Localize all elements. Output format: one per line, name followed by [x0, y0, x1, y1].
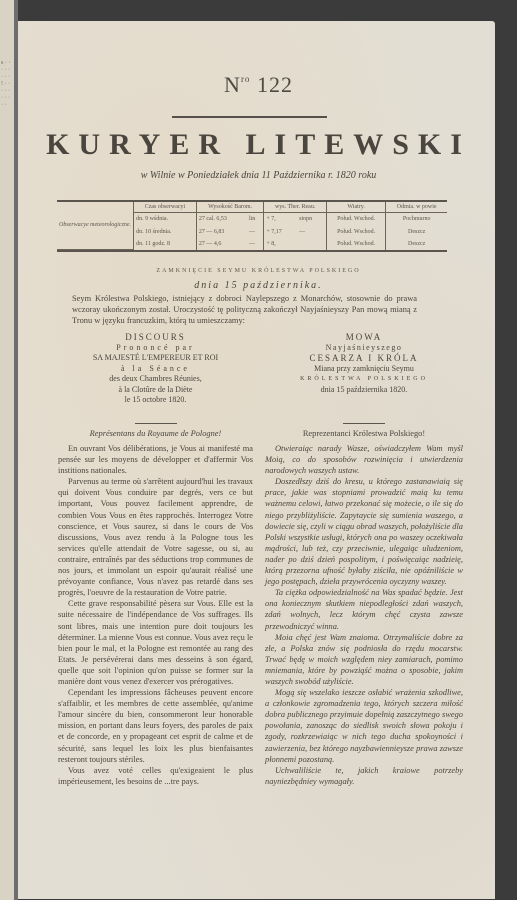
- polish-speech-heading: MOWA Nayjaśnieyszego CESARZA I KRÓLA Mia…: [265, 332, 463, 395]
- issue-prefix-sup: ro: [241, 74, 251, 84]
- french-column: En ouvrant Vos délibérations, je Vous ai…: [58, 443, 253, 787]
- weather-baro-unit: —: [247, 226, 264, 238]
- heading-line: DISCOURS: [58, 332, 253, 343]
- paragraph: Ta ciężka odpowiedzialność na Was spadać…: [265, 587, 463, 631]
- left-divider: [135, 423, 177, 424]
- heading-line: Miana przy zamknięciu Seymu: [265, 364, 463, 375]
- heading-line: le 15 octobre 1820.: [58, 395, 253, 406]
- weather-thermometer: + 7,: [264, 213, 297, 226]
- weather-sky: Deszcz: [386, 226, 447, 238]
- weather-wind: Połud. Wschod.: [326, 238, 385, 250]
- weather-time: dn. 10 średnia.: [134, 226, 197, 238]
- dateline: w Wilnie w Poniedziałek dnia 11 Paździer…: [0, 170, 517, 181]
- section-title: ZAMKNIĘCIE SEYMU KRÓLESTWA POLSKIEGO: [0, 268, 517, 274]
- heading-line: CESARZA I KRÓLA: [265, 353, 463, 364]
- weather-header-time: Czas obserwacyi: [134, 202, 197, 213]
- weather-time: dn. 11 godz. 8: [134, 238, 197, 250]
- paragraph: En ouvrant Vos délibérations, je Vous ai…: [58, 443, 253, 476]
- weather-header-wind: Wiatry.: [326, 202, 385, 213]
- right-divider: [343, 423, 385, 424]
- section-date: dnia 15 października.: [0, 280, 517, 291]
- paragraph: Cette grave responsabilité pèsera sur Vo…: [58, 598, 253, 687]
- masthead-rule: [172, 116, 327, 118]
- weather-thermometer: + 8,: [264, 238, 297, 250]
- heading-line: à la Séance: [58, 364, 253, 375]
- article-intro: Seym Królestwa Polskiego, istniejący z d…: [72, 293, 417, 326]
- heading-line: MOWA: [265, 332, 463, 343]
- weather-thermo-unit: —: [297, 226, 326, 238]
- weather-header-barometer: Wysokość Barom.: [196, 202, 264, 213]
- weather-thermo-unit: [297, 238, 326, 250]
- weather-wind: Połud. Wschod.: [326, 226, 385, 238]
- heading-line: SA MAJESTÉ L'EMPEREUR ET ROI: [58, 353, 253, 364]
- weather-barometer: 27 — 6,83: [196, 226, 247, 238]
- weather-thermometer: + 7,17: [264, 226, 297, 238]
- weather-time: dn. 9 wśdnia.: [134, 213, 197, 226]
- weather-sky: Pochmurno: [386, 213, 447, 226]
- weather-thermo-unit: stopn: [297, 213, 326, 226]
- weather-baro-unit: lin: [247, 213, 264, 226]
- french-salutation: Représentans du Royaume de Pologne!: [58, 429, 253, 438]
- heading-line: KRÓLESTWA POLSKIEGO: [265, 374, 463, 385]
- weather-header-thermometer: wys. Ther. Reau.: [264, 202, 327, 213]
- heading-line: Prononcé par: [58, 343, 253, 354]
- weather-table: Obserwacye meteorologiczne. Czas obserwa…: [57, 200, 447, 252]
- paragraph: Moia chęć jest Wam znaioma. Otrzymaliści…: [265, 632, 463, 687]
- paragraph: Otwieraiąc narady Wasze, oświadczyłem Wa…: [265, 443, 463, 476]
- paragraph: Uchwaliliście te, jakich kraiowe potrzeb…: [265, 765, 463, 787]
- heading-line: à la Clotûre de la Diète: [58, 385, 253, 396]
- heading-line: dnia 15 października 1820.: [265, 385, 463, 396]
- newspaper-title: KURYER LITEWSKI: [0, 128, 517, 162]
- issue-prefix: N: [224, 72, 241, 97]
- paragraph: Mogą się wszelako ieszcze osłabić wrażen…: [265, 687, 463, 765]
- weather-barometer: 27 — 4,6: [196, 238, 247, 250]
- paragraph: Doszedłszy dziś do kresu, u którego zast…: [265, 476, 463, 587]
- weather-header-sky: Odmia. w powie: [386, 202, 447, 213]
- weather-barometer: 27 cal. 6,53: [196, 213, 247, 226]
- heading-line: Nayjaśnieyszego: [265, 343, 463, 354]
- paragraph: Cependant les impressions fâcheuses peuv…: [58, 687, 253, 765]
- weather-baro-unit: —: [247, 238, 264, 250]
- issue-number-value: 122: [257, 72, 293, 97]
- paragraph: Vous avez voté celles qu'exigeaient le p…: [58, 765, 253, 787]
- issue-number: Nro 122: [0, 72, 517, 98]
- polish-salutation: Reprezentanci Królestwa Polskiego!: [265, 429, 463, 438]
- paragraph: Parvenus au terme où s'arrêtent aujourd'…: [58, 476, 253, 598]
- weather-table-label: Obserwacye meteorologiczne.: [57, 202, 134, 250]
- weather-wind: Połud. Wschod.: [326, 213, 385, 226]
- french-speech-heading: DISCOURS Prononcé par SA MAJESTÉ L'EMPER…: [58, 332, 253, 406]
- weather-sky: Deszcz: [386, 238, 447, 250]
- polish-column: Otwieraiąc narady Wasze, oświadczyłem Wa…: [265, 443, 463, 787]
- heading-line: des deux Chambres Réunies,: [58, 374, 253, 385]
